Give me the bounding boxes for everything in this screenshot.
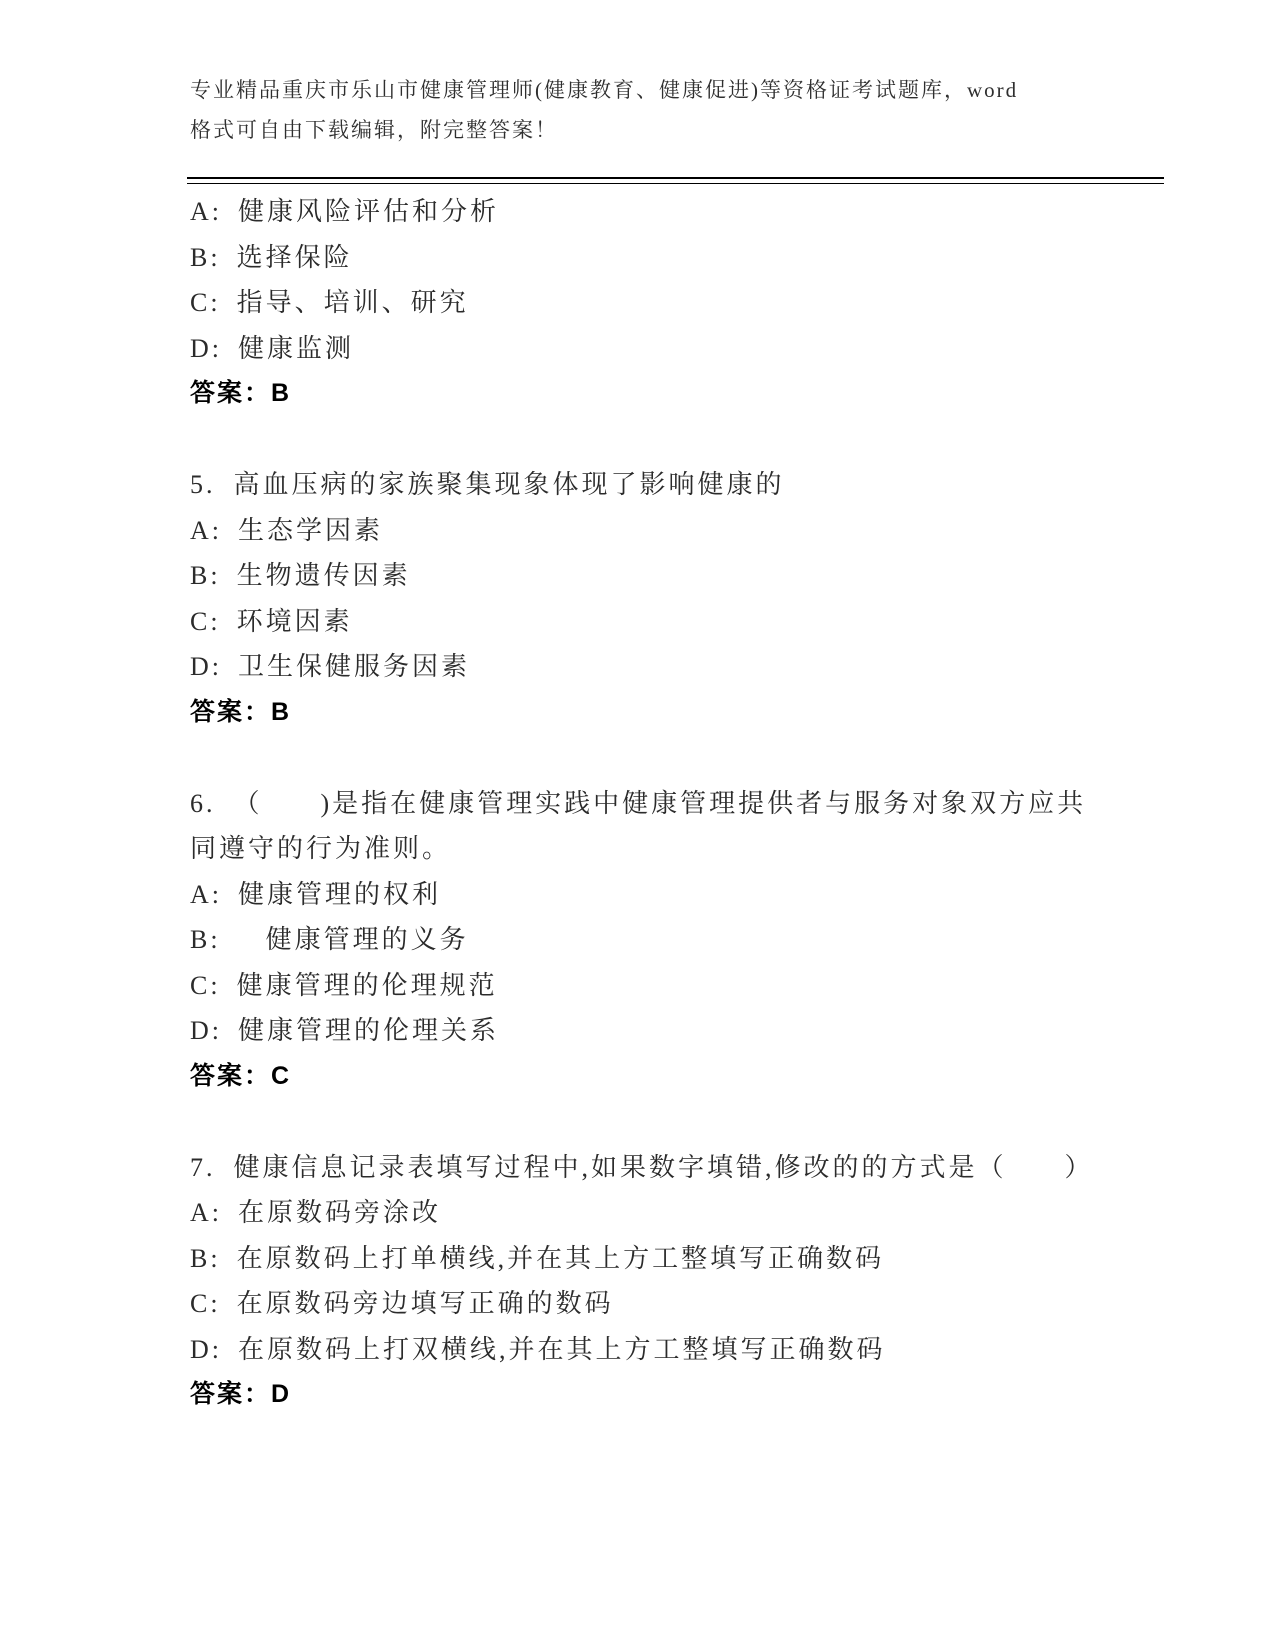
- question-block-6: 6.（ )是指在健康管理实践中健康管理提供者与服务对象双方应共 同遵守的行为准则…: [190, 781, 1140, 1100]
- document-content: A:健康风险评估和分析 B:选择保险 C:指导、培训、研究 D:健康监测 答案：…: [190, 189, 1140, 1463]
- option-label: C:: [190, 971, 221, 1000]
- document-page: 专业精品重庆市乐山市健康管理师(健康教育、健康促进)等资格证考试题库，word …: [0, 0, 1275, 1650]
- q6-option-d: D:健康管理的伦理关系: [190, 1008, 1140, 1054]
- q7-answer: 答案：D: [190, 1372, 1140, 1418]
- q5-title: 5.高血压病的家族聚集现象体现了影响健康的: [190, 462, 1140, 508]
- option-label: A:: [190, 516, 222, 545]
- question-block-4: A:健康风险评估和分析 B:选择保险 C:指导、培训、研究 D:健康监测 答案：…: [190, 189, 1140, 417]
- option-label: C:: [190, 288, 221, 317]
- q5-option-c: C:环境因素: [190, 599, 1140, 645]
- q7-title: 7.健康信息记录表填写过程中,如果数字填错,修改的的方式是（ ）: [190, 1145, 1140, 1191]
- option-label: D:: [190, 1335, 222, 1364]
- question-number: 5.: [190, 470, 216, 499]
- option-label: A:: [190, 880, 222, 909]
- answer-prefix: 答案：: [190, 379, 271, 407]
- q6-title-line-2: 同遵守的行为准则。: [190, 826, 1140, 872]
- q7-option-d: D:在原数码上打双横线,并在其上方工整填写正确数码: [190, 1327, 1140, 1373]
- option-label: B:: [190, 243, 221, 272]
- page-header: 专业精品重庆市乐山市健康管理师(健康教育、健康促进)等资格证考试题库，word …: [190, 70, 1120, 150]
- q5-answer: 答案：B: [190, 690, 1140, 736]
- q4-option-d: D:健康监测: [190, 326, 1140, 372]
- header-text-line-1: 专业精品重庆市乐山市健康管理师(健康教育、健康促进)等资格证考试题库，word: [190, 70, 1120, 110]
- option-text: 健康监测: [238, 334, 354, 363]
- option-text: 在原数码旁涂改: [238, 1198, 441, 1227]
- option-text: 健康风险评估和分析: [238, 197, 499, 226]
- q4-option-a: A:健康风险评估和分析: [190, 189, 1140, 235]
- q4-option-b: B:选择保险: [190, 235, 1140, 281]
- q7-option-a: A:在原数码旁涂改: [190, 1190, 1140, 1236]
- option-text: 生物遗传因素: [237, 561, 411, 590]
- answer-prefix: 答案：: [190, 1062, 271, 1090]
- q6-title-line-1: 6.（ )是指在健康管理实践中健康管理提供者与服务对象双方应共: [190, 781, 1140, 827]
- option-text: 健康管理的义务: [237, 925, 469, 954]
- q7-option-b: B:在原数码上打单横线,并在其上方工整填写正确数码: [190, 1236, 1140, 1282]
- option-text: 健康管理的伦理关系: [238, 1016, 499, 1045]
- option-label: D:: [190, 334, 222, 363]
- option-text: 指导、培训、研究: [237, 288, 469, 317]
- answer-prefix: 答案：: [190, 1380, 271, 1408]
- option-label: A:: [190, 197, 222, 226]
- header-rule: [187, 177, 1164, 184]
- answer-prefix: 答案：: [190, 698, 271, 726]
- header-rule-thin-line: [187, 183, 1164, 184]
- question-text: 高血压病的家族聚集现象体现了影响健康的: [234, 470, 785, 499]
- option-label: D:: [190, 652, 222, 681]
- option-label: C:: [190, 607, 221, 636]
- answer-value: C: [271, 1062, 291, 1090]
- q4-answer: 答案：B: [190, 371, 1140, 417]
- option-text: 健康管理的权利: [238, 880, 441, 909]
- q5-option-b: B:生物遗传因素: [190, 553, 1140, 599]
- option-text: 健康管理的伦理规范: [237, 971, 498, 1000]
- question-text: 同遵守的行为准则。: [190, 834, 451, 863]
- option-text: 选择保险: [237, 243, 353, 272]
- option-text: 在原数码旁边填写正确的数码: [237, 1289, 614, 1318]
- answer-value: B: [271, 379, 291, 407]
- option-label: B:: [190, 1244, 221, 1273]
- q5-option-a: A:生态学因素: [190, 508, 1140, 554]
- option-text: 在原数码上打单横线,并在其上方工整填写正确数码: [237, 1244, 885, 1273]
- option-text: 生态学因素: [238, 516, 383, 545]
- option-label: C:: [190, 1289, 221, 1318]
- question-number: 7.: [190, 1153, 216, 1182]
- question-text: （ )是指在健康管理实践中健康管理提供者与服务对象双方应共: [234, 789, 1087, 818]
- question-number: 6.: [190, 789, 216, 818]
- option-label: D:: [190, 1016, 222, 1045]
- option-label: B:: [190, 561, 221, 590]
- q6-answer: 答案：C: [190, 1054, 1140, 1100]
- answer-value: D: [271, 1380, 291, 1408]
- option-label: A:: [190, 1198, 222, 1227]
- answer-value: B: [271, 698, 291, 726]
- q5-option-d: D:卫生保健服务因素: [190, 644, 1140, 690]
- option-text: 卫生保健服务因素: [238, 652, 470, 681]
- question-block-5: 5.高血压病的家族聚集现象体现了影响健康的 A:生态学因素 B:生物遗传因素 C…: [190, 462, 1140, 735]
- q4-option-c: C:指导、培训、研究: [190, 280, 1140, 326]
- q6-option-c: C:健康管理的伦理规范: [190, 963, 1140, 1009]
- option-text: 环境因素: [237, 607, 353, 636]
- question-block-7: 7.健康信息记录表填写过程中,如果数字填错,修改的的方式是（ ） A:在原数码旁…: [190, 1145, 1140, 1418]
- header-text-line-2: 格式可自由下载编辑，附完整答案！: [190, 110, 1120, 150]
- q7-option-c: C:在原数码旁边填写正确的数码: [190, 1281, 1140, 1327]
- option-text: 在原数码上打双横线,并在其上方工整填写正确数码: [238, 1335, 886, 1364]
- header-rule-thick-line: [187, 177, 1164, 179]
- q6-option-b: B: 健康管理的义务: [190, 917, 1140, 963]
- option-label: B:: [190, 925, 221, 954]
- q6-option-a: A:健康管理的权利: [190, 872, 1140, 918]
- question-text: 健康信息记录表填写过程中,如果数字填错,修改的的方式是（ ）: [234, 1153, 1094, 1182]
